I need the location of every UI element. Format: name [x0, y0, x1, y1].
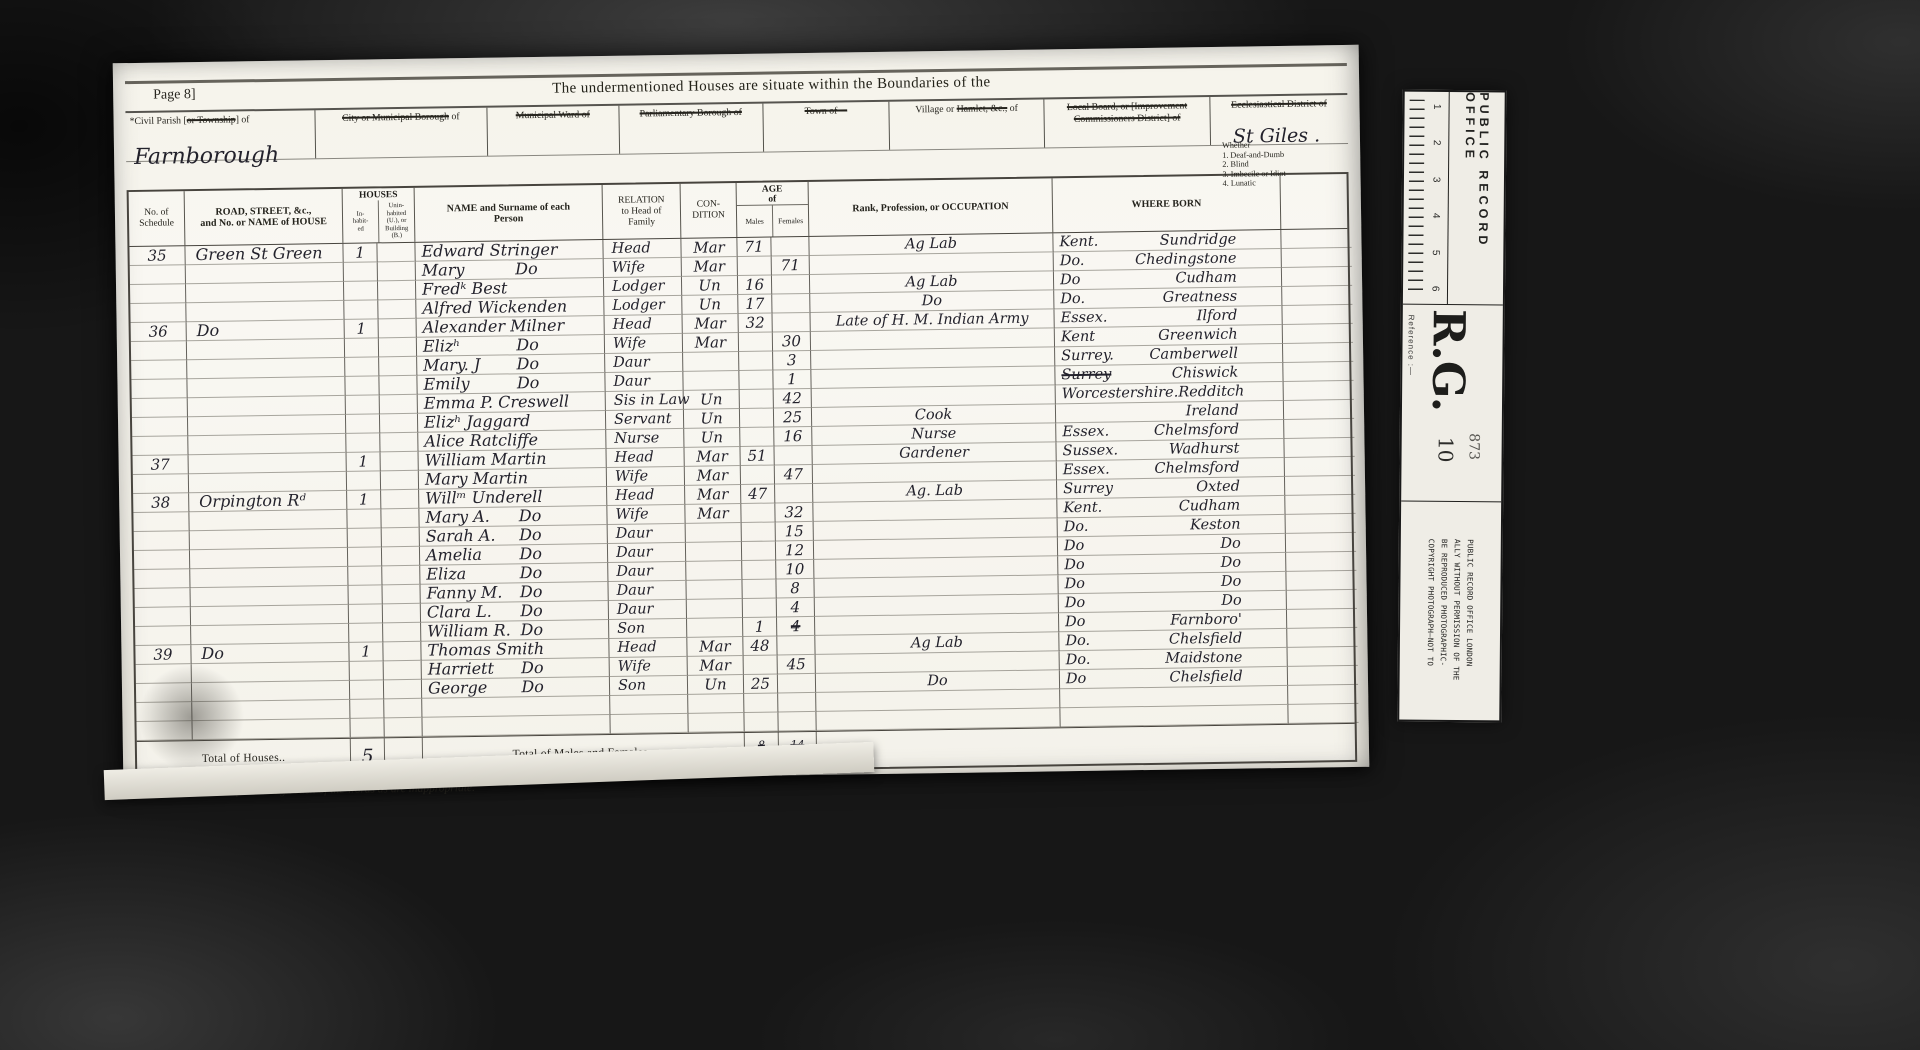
cell-condition: Un: [684, 428, 740, 448]
cell-whether: [1281, 229, 1351, 249]
cell-condition: Mar: [683, 314, 739, 334]
born-place: Maidstone: [1165, 649, 1243, 668]
header-field: Parliamentary Borough of: [619, 104, 763, 154]
cell-schedule: [133, 512, 189, 532]
cell-age-female: 32: [775, 503, 813, 523]
cell-whether: [1284, 400, 1354, 420]
cell-uninhabited: [380, 414, 418, 434]
cell-age-female: 10: [776, 560, 814, 580]
cell-inhabited: [345, 338, 379, 358]
born-county: Surrey: [1061, 366, 1111, 385]
cell-uninhabited: [382, 566, 420, 586]
name-given: Alice Ratcliffe: [424, 431, 538, 451]
born-place: Ireland: [1186, 402, 1239, 421]
born-county: Do.: [1064, 518, 1089, 536]
name-given: Mary: [422, 261, 465, 280]
born-county: Do.: [1060, 290, 1085, 308]
cell-road: [191, 624, 349, 645]
cell-schedule: 37: [133, 455, 189, 475]
cell-whether: [1284, 381, 1354, 401]
name-ditto: Do: [516, 336, 539, 354]
cell-schedule: [133, 474, 189, 494]
name-ditto: Do: [520, 602, 543, 620]
road-header: ROAD, STREET, &c., and No. or NAME of HO…: [185, 189, 344, 245]
cell-road: [188, 396, 346, 417]
cell-condition: [683, 371, 739, 391]
cell-condition: [686, 523, 742, 543]
born-place: Chelmsford: [1154, 421, 1239, 440]
cell-condition: Mar: [682, 257, 738, 277]
name-given: Elizʰ: [423, 337, 461, 356]
cell-schedule: [136, 683, 192, 703]
name-given: Mary A.: [425, 508, 490, 527]
cell-age-male: [740, 428, 774, 448]
cell-condition: [688, 694, 744, 714]
cell-age-male: 47: [741, 485, 775, 505]
rg-series-mark: R.G.: [1422, 309, 1474, 413]
field-label-struck: or Township: [187, 114, 236, 126]
cell-whether: [1282, 305, 1352, 325]
totals-empty-right: [817, 724, 1359, 768]
cell-inhabited: 1: [349, 642, 383, 662]
cell-road: [188, 415, 346, 436]
cell-age-female: [775, 484, 813, 504]
cell-whether: [1286, 571, 1356, 591]
cell-uninhabited: [381, 509, 419, 529]
cell-condition: [687, 618, 743, 638]
cell-inhabited: [348, 585, 382, 605]
cell-condition: Un: [688, 675, 744, 695]
name-given: Sarah A.: [426, 527, 496, 546]
cell-age-female: 42: [774, 389, 812, 409]
cell-whether: [1283, 324, 1353, 344]
cell-relation: [610, 695, 688, 715]
born-place: Chedingstone: [1135, 250, 1237, 270]
cell-condition: Mar: [683, 333, 739, 353]
reference-label: Reference :—: [1406, 315, 1416, 376]
name-given: Elizʰ Jaggard: [424, 412, 530, 432]
cell-uninhabited: [377, 243, 415, 263]
cell-condition: [686, 542, 742, 562]
cell-schedule: [136, 702, 192, 722]
name-header: NAME and Surname of each Person: [415, 185, 604, 242]
cell-uninhabited: [384, 661, 422, 681]
cell-uninhabited: [382, 528, 420, 548]
schedule-header: No. of Schedule: [129, 191, 186, 246]
cell-relation: Head: [609, 638, 687, 658]
cell-relation: Daur: [609, 600, 687, 620]
cell-whether: [1286, 552, 1356, 572]
cell-inhabited: [348, 528, 382, 548]
born-county: Worcestershire.: [1062, 384, 1179, 404]
cell-whether: [1287, 609, 1357, 629]
born-county: Essex.: [1063, 461, 1110, 480]
cell-schedule: [134, 531, 190, 551]
cell-road: [186, 282, 344, 303]
copyright-section: COPYRIGHT PHOTOGRAPH—NOT TOBE REPRODUCED…: [1399, 502, 1501, 719]
cell-uninhabited: [378, 262, 416, 282]
cell-uninhabited: [384, 680, 422, 700]
header-field: Ecclesiastical District of St Giles .: [1210, 95, 1348, 145]
born-county: Do: [1065, 594, 1086, 612]
cell-inhabited: [345, 376, 379, 396]
name-ditto: Do: [519, 545, 542, 563]
cell-relation: Sis in Law: [606, 391, 684, 411]
born-county: Do: [1064, 556, 1085, 574]
cell-age-female: 30: [773, 332, 811, 352]
uninhabited-header: Unin- habited (U.), or Building (B.): [378, 200, 415, 243]
cell-schedule: [130, 284, 186, 304]
office-label-section: PUBLIC RECORD OFFICE: [1447, 92, 1505, 304]
cell-relation: Daur: [605, 353, 683, 373]
born-county: Kent: [1061, 328, 1095, 347]
name-given: Mary Martin: [425, 469, 528, 489]
name-given: Amelia: [426, 546, 482, 565]
cell-schedule: [135, 588, 191, 608]
field-label-pre: Village or: [915, 104, 956, 116]
born-place: Chiswick: [1172, 364, 1239, 383]
males-header: Males: [737, 206, 772, 238]
cell-whether: [1284, 438, 1354, 458]
cell-uninhabited: [378, 281, 416, 301]
born-place: Ilford: [1197, 307, 1238, 326]
cell-condition: [686, 580, 742, 600]
cell-age-female: [772, 313, 810, 333]
cell-relation: [610, 714, 688, 734]
cell-age-male: [744, 712, 778, 732]
cell-road: [190, 548, 348, 569]
cell-road: [192, 662, 350, 683]
ruler-numbers: 123456: [1423, 92, 1449, 304]
copyright-line: BE REPRODUCED PHOTOGRAPHIC-: [1437, 539, 1451, 681]
field-label-struck: City or Municipal Borough: [342, 111, 449, 124]
cell-age-female: [772, 275, 810, 295]
cell-condition: [688, 713, 744, 733]
name-ditto: Do: [520, 621, 543, 639]
cell-relation: Wife: [607, 505, 685, 525]
cell-schedule: [130, 265, 186, 285]
cell-uninhabited: [383, 642, 421, 662]
born-place: Wadhurst: [1169, 440, 1240, 459]
cell-schedule: 39: [135, 645, 191, 665]
cell-condition: Mar: [685, 504, 741, 524]
ruler-ticks: [1408, 100, 1425, 296]
name-ditto: Do: [519, 507, 542, 525]
cell-age-male: [743, 598, 777, 618]
cell-uninhabited: [381, 490, 419, 510]
cell-age-male: [742, 579, 776, 599]
cell-age-female: [774, 446, 812, 466]
ruler-number: 1: [1431, 104, 1442, 110]
cell-condition: [683, 352, 739, 372]
cell-relation: Wife: [610, 657, 688, 677]
cell-relation: Head: [605, 315, 683, 335]
cell-relation: Servant: [606, 410, 684, 430]
born-place: Do: [1221, 592, 1242, 610]
cell-whether: [1287, 628, 1357, 648]
census-form-page: Page 8] The undermentioned Houses are si…: [113, 45, 1370, 785]
cell-age-male: [742, 560, 776, 580]
name-ditto: Do: [521, 659, 544, 677]
cell-schedule: 38: [133, 493, 189, 513]
cell-schedule: [132, 417, 188, 437]
born-county: Kent.: [1063, 499, 1102, 518]
born-place: Cudham: [1179, 497, 1241, 516]
field-label-post: of: [449, 111, 460, 122]
cell-road: [187, 377, 345, 398]
born-place: Redditch: [1178, 383, 1244, 402]
cell-uninhabited: [382, 585, 420, 605]
ruler-number: 6: [1429, 286, 1440, 292]
cell-schedule: [132, 436, 188, 456]
cell-road: [186, 301, 344, 322]
cell-inhabited: [349, 623, 383, 643]
cell-age-male: [740, 390, 774, 410]
cell-condition: Mar: [687, 637, 743, 657]
cell-uninhabited: [380, 395, 418, 415]
born-place: Greatness: [1163, 288, 1238, 307]
name-given: Edward Stringer: [421, 241, 557, 261]
cell-whether: [1285, 495, 1355, 515]
field-label-post: of: [1007, 103, 1018, 114]
name-given: William R.: [427, 621, 511, 640]
born-county: Do.: [1066, 651, 1091, 669]
cell-age-female: 4: [777, 617, 815, 637]
cell-relation: Head: [606, 448, 684, 468]
cell-whether: [1287, 590, 1357, 610]
cell-age-male: [739, 333, 773, 353]
name-ditto: Do: [521, 678, 544, 696]
header-field: City or Municipal Borough of: [315, 108, 487, 159]
name-given: George: [428, 679, 488, 698]
cell-inhabited: [348, 547, 382, 567]
cell-inhabited: 1: [343, 243, 377, 263]
header-field: *Civil Parish [or Township] of Farnborou…: [125, 110, 316, 161]
born-county: Do: [1066, 670, 1087, 688]
cell-schedule: 35: [129, 246, 185, 266]
condition-header: CON- DITION: [681, 183, 738, 238]
cell-inhabited: [350, 718, 384, 738]
cell-age-male: [744, 655, 778, 675]
cell-condition: Mar: [684, 447, 740, 467]
cell-whether: [1284, 419, 1354, 439]
cell-relation: Head: [607, 486, 685, 506]
header-field: Village or Hamlet, &c., of: [890, 99, 1045, 149]
cell-uninhabited: [381, 471, 419, 491]
cell-road: [189, 453, 347, 474]
cell-road: [187, 339, 345, 360]
cell-road: [187, 358, 345, 379]
cell-road: [192, 700, 350, 721]
cell-whether: [1283, 362, 1353, 382]
name-ditto: Do: [520, 583, 543, 601]
copyright-line: PUBLIC RECORD OFFICE LONDON: [1463, 539, 1477, 681]
born-county: Essex.: [1062, 423, 1109, 442]
cell-road: Orpington Rᵈ: [189, 491, 347, 512]
relation-header: RELATION to Head of Family: [603, 184, 682, 239]
cell-relation: Daur: [608, 543, 686, 563]
cell-road: [190, 529, 348, 550]
houses-column-group: HOUSES In- habit- ed Unin- habited (U.),…: [343, 188, 416, 243]
cell-uninhabited: [379, 357, 417, 377]
ruler-section: 123456 PUBLIC RECORD OFFICE: [1403, 92, 1505, 306]
born-place: Keston: [1190, 516, 1241, 535]
field-label-struck: Town of—: [805, 105, 848, 117]
name-ditto: Do: [520, 564, 543, 582]
cell-age-male: 16: [738, 276, 772, 296]
cell-schedule: [131, 379, 187, 399]
cell-road: [192, 681, 350, 702]
cell-schedule: [130, 303, 186, 323]
cell-relation: Daur: [608, 581, 686, 601]
field-label-pre: *Civil Parish [: [129, 115, 186, 127]
name-given: Alfred Wickenden: [422, 298, 567, 318]
cell-age-male: 1: [743, 617, 777, 637]
name-given: Clara L.: [427, 603, 492, 622]
cell-inhabited: [350, 699, 384, 719]
cell-whether: [1282, 248, 1352, 268]
cell-schedule: [136, 664, 192, 684]
name-given: Thomas Smith: [427, 640, 544, 660]
cell-uninhabited: [384, 718, 422, 738]
name-given: William Martin: [425, 450, 547, 470]
age-column-group: AGE of Males Females: [737, 182, 810, 237]
name-given: Mary. J: [423, 356, 480, 375]
cell-age-male: [739, 371, 773, 391]
cell-whether: [1283, 343, 1353, 363]
cell-age-male: [742, 522, 776, 542]
cell-condition: [687, 599, 743, 619]
cell-age-male: 51: [740, 447, 774, 467]
field-label-struck: Hamlet, &c.,: [957, 103, 1008, 115]
houses-header: HOUSES: [343, 188, 414, 201]
page-number-label: Page 8]: [153, 87, 196, 104]
born-county: Kent.: [1059, 233, 1098, 252]
name-given: Emily: [423, 375, 469, 394]
cell-age-male: [744, 693, 778, 713]
cell-road: [189, 472, 347, 493]
cell-condition: Un: [684, 409, 740, 429]
header-field: Town of—: [763, 102, 890, 152]
cell-inhabited: 1: [347, 452, 381, 472]
cell-age-female: 47: [775, 465, 813, 485]
cell-age-female: 4: [777, 598, 815, 618]
cell-age-female: [771, 237, 809, 257]
cell-inhabited: [346, 395, 380, 415]
cell-inhabited: [347, 509, 381, 529]
cell-age-male: [740, 409, 774, 429]
born-place: Sundridge: [1160, 231, 1237, 250]
field-label-struck: Ecclesiastical District of: [1231, 98, 1327, 110]
born-county: Do: [1065, 613, 1086, 631]
born-county: Essex.: [1060, 309, 1107, 328]
reference-section: Reference :— R.G. 10 873: [1401, 305, 1503, 503]
cell-schedule: 36: [131, 322, 187, 342]
field-handwritten-value: Farnborough: [134, 149, 279, 163]
cell-inhabited: [345, 357, 379, 377]
born-place: Do: [1221, 573, 1242, 591]
cell-age-female: 12: [776, 541, 814, 561]
cell-age-male: 25: [744, 674, 778, 694]
cell-relation: Son: [609, 619, 687, 639]
age-header: AGE of: [737, 182, 808, 205]
cell-condition: Mar: [688, 656, 744, 676]
born-county: Do.: [1065, 632, 1090, 650]
ruler-number: 5: [1430, 250, 1441, 256]
cell-road: [191, 605, 349, 626]
born-place: Cudham: [1175, 269, 1237, 288]
cell-age-male: 32: [739, 314, 773, 334]
cell-schedule: [131, 341, 187, 361]
whether-column-header: Whether 1. Deaf-and-Dumb 2. Blind 3. Imb…: [1222, 139, 1345, 189]
cell-age-female: [778, 674, 816, 694]
header-field: Local Board, or [Improvement Commissione…: [1044, 97, 1211, 147]
cell-uninhabited: [381, 452, 419, 472]
cell-uninhabited: [379, 319, 417, 339]
inhabited-header: In- habit- ed: [343, 200, 379, 243]
cell-uninhabited: [378, 300, 416, 320]
cell-relation: Wife: [607, 467, 685, 487]
cell-schedule: [134, 550, 190, 570]
cell-age-female: 8: [776, 579, 814, 599]
cell-age-male: [742, 541, 776, 561]
field-label-struck: Municipal Ward of: [516, 109, 590, 121]
cell-age-male: [741, 466, 775, 486]
cell-whether: [1285, 476, 1355, 496]
cell-age-female: 71: [772, 256, 810, 276]
cell-age-female: 45: [778, 655, 816, 675]
cell-relation: Wife: [604, 258, 682, 278]
cell-whether: [1288, 666, 1358, 686]
born-place: Farnboro': [1170, 611, 1242, 630]
cell-inhabited: [344, 300, 378, 320]
cell-road: Do: [191, 643, 349, 664]
cell-age-female: [772, 294, 810, 314]
public-record-office-label: PUBLIC RECORD OFFICE: [1461, 92, 1491, 304]
cell-relation: Wife: [605, 334, 683, 354]
cell-inhabited: [344, 281, 378, 301]
cell-age-female: 15: [776, 522, 814, 542]
cell-whether: [1285, 457, 1355, 477]
cell-schedule: [135, 626, 191, 646]
born-place: Chelsfield: [1169, 668, 1243, 687]
born-place: Oxted: [1196, 478, 1240, 497]
cell-age-female: 3: [773, 351, 811, 371]
cell-condition: Un: [682, 276, 738, 296]
field-label-struck: Parliamentary Borough of: [640, 107, 742, 120]
piece-number: 873: [1466, 433, 1482, 460]
name-given: Fredᵏ Best: [422, 279, 508, 298]
cell-whether: [1288, 647, 1358, 667]
cell-inhabited: 1: [347, 490, 381, 510]
cell-whether: [1282, 286, 1352, 306]
name-ditto: Do: [519, 526, 542, 544]
cell-schedule: [134, 569, 190, 589]
name-given: Willᵐ Underell: [425, 488, 543, 508]
cell-relation: Daur: [605, 372, 683, 392]
cell-relation: Daur: [608, 524, 686, 544]
cell-age-female: [778, 693, 816, 713]
cell-uninhabited: [379, 376, 417, 396]
cell-age-male: [738, 257, 772, 277]
born-county: Sussex.: [1062, 441, 1118, 460]
cell-road: Green St Green: [185, 244, 343, 265]
cell-age-male: 17: [738, 295, 772, 315]
cell-age-female: 25: [774, 408, 812, 428]
name-given: Alexander Milner: [423, 317, 565, 337]
cell-uninhabited: [384, 699, 422, 719]
cell-condition: Un: [682, 295, 738, 315]
